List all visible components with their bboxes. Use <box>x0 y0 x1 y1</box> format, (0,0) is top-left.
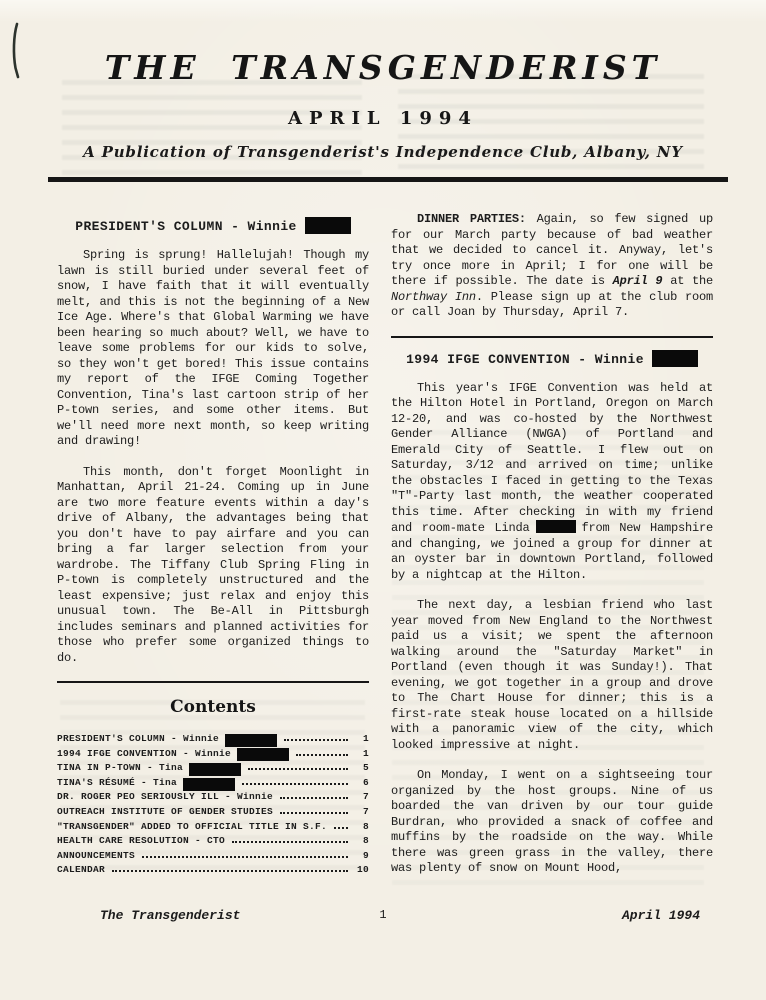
page-footer: The Transgenderist 1 April 1994 <box>0 908 766 928</box>
redaction-box <box>237 748 289 761</box>
toc-item: "TRANSGENDER" ADDED TO OFFICIAL TITLE IN… <box>57 821 369 836</box>
presidents-column-heading: PRESIDENT'S COLUMN - Winnie <box>57 217 369 234</box>
toc-dot-leader <box>280 812 348 814</box>
presidents-column-paragraph-1: Spring is sprung! Hallelujah! Though my … <box>57 248 369 450</box>
toc-item: HEALTH CARE RESOLUTION - CTO8 <box>57 835 369 850</box>
redaction-box <box>183 778 235 791</box>
redaction-box <box>536 520 576 533</box>
left-column: PRESIDENT'S COLUMN - Winnie Spring is sp… <box>57 212 369 892</box>
dinner-parties-venue: Northway Inn <box>391 290 476 304</box>
presidents-column-heading-text: PRESIDENT'S COLUMN - Winnie <box>75 219 296 234</box>
table-of-contents: PRESIDENT'S COLUMN - Winnie11994 IFGE CO… <box>57 733 369 879</box>
two-column-body: PRESIDENT'S COLUMN - Winnie Spring is sp… <box>57 212 713 892</box>
dinner-parties-body-2: at the <box>662 274 713 288</box>
toc-dot-leader <box>284 739 348 741</box>
ifge-paragraph-3: On Monday, I went on a sightseeing tour … <box>391 768 713 877</box>
toc-item-label: 1994 IFGE CONVENTION - Winnie <box>57 748 231 759</box>
dinner-parties-date: April 9 <box>613 274 663 288</box>
toc-dot-leader <box>232 841 348 843</box>
right-column: DINNER PARTIES: Again, so few signed up … <box>391 212 713 892</box>
issue-date: APRIL 1994 <box>0 108 766 129</box>
masthead-divider-rule <box>48 177 728 182</box>
toc-item-label: PRESIDENT'S COLUMN - Winnie <box>57 733 219 744</box>
toc-item-page-number: 10 <box>353 864 369 875</box>
redaction-box <box>305 217 351 234</box>
toc-item-label: OUTREACH INSTITUTE OF GENDER STUDIES <box>57 806 273 817</box>
toc-item-label: "TRANSGENDER" ADDED TO OFFICIAL TITLE IN… <box>57 821 327 832</box>
footer-page-number: 1 <box>379 908 386 922</box>
dinner-parties-lead: DINNER PARTIES: <box>417 212 526 226</box>
contents-divider-rule <box>57 681 369 683</box>
toc-item: 1994 IFGE CONVENTION - Winnie1 <box>57 748 369 763</box>
toc-item-page-number: 1 <box>353 733 369 744</box>
masthead: THE TRANSGENDERIST APRIL 1994 A Publicat… <box>0 48 766 161</box>
toc-item-page-number: 5 <box>353 762 369 773</box>
ifge-paragraph-2: The next day, a lesbian friend who last … <box>391 598 713 753</box>
ifge-paragraph-1: This year's IFGE Convention was held at … <box>391 381 713 584</box>
toc-item-label: CALENDAR <box>57 864 105 875</box>
ifge-convention-heading-text: 1994 IFGE CONVENTION - Winnie <box>406 352 644 367</box>
toc-dot-leader <box>112 870 348 872</box>
toc-dot-leader <box>280 797 348 799</box>
presidents-column-paragraph-2: This month, don't forget Moonlight in Ma… <box>57 465 369 667</box>
toc-item-label: DR. ROGER PEO SERIOUSLY ILL - Winnie <box>57 791 273 802</box>
page-title: THE TRANSGENDERIST <box>0 48 766 87</box>
toc-item-label: ANNOUNCEMENTS <box>57 850 135 861</box>
toc-item-page-number: 1 <box>353 748 369 759</box>
toc-item: TINA IN P-TOWN - Tina5 <box>57 762 369 777</box>
toc-dot-leader <box>248 768 348 770</box>
toc-item: PRESIDENT'S COLUMN - Winnie1 <box>57 733 369 748</box>
redaction-box <box>189 763 241 776</box>
toc-dot-leader <box>296 754 348 756</box>
toc-item-page-number: 8 <box>353 835 369 846</box>
toc-item: TINA'S RÉSUMÉ - Tina6 <box>57 777 369 792</box>
toc-item-page-number: 9 <box>353 850 369 861</box>
toc-dot-leader <box>242 783 348 785</box>
toc-dot-leader <box>334 827 348 829</box>
dinner-parties-paragraph: DINNER PARTIES: Again, so few signed up … <box>391 212 713 321</box>
footer-issue-date: April 1994 <box>622 908 700 923</box>
toc-item-page-number: 7 <box>353 791 369 802</box>
newsletter-page: THE TRANSGENDERIST APRIL 1994 A Publicat… <box>0 0 766 1000</box>
ifge-paragraph-1a: This year's IFGE Convention was held at … <box>391 381 713 536</box>
publication-subtitle: A Publication of Transgenderist's Indepe… <box>0 143 766 161</box>
toc-item-label: HEALTH CARE RESOLUTION - CTO <box>57 835 225 846</box>
toc-item: DR. ROGER PEO SERIOUSLY ILL - Winnie7 <box>57 791 369 806</box>
redaction-box <box>652 350 698 367</box>
toc-item-page-number: 8 <box>353 821 369 832</box>
toc-item: CALENDAR10 <box>57 864 369 879</box>
ifge-convention-heading: 1994 IFGE CONVENTION - Winnie <box>391 350 713 367</box>
toc-item: OUTREACH INSTITUTE OF GENDER STUDIES7 <box>57 806 369 821</box>
toc-item-page-number: 7 <box>353 806 369 817</box>
toc-item: ANNOUNCEMENTS9 <box>57 850 369 865</box>
toc-dot-leader <box>142 856 348 858</box>
toc-item-label: TINA IN P-TOWN - Tina <box>57 762 183 773</box>
contents-heading: Contents <box>57 697 369 717</box>
toc-item-label: TINA'S RÉSUMÉ - Tina <box>57 777 177 788</box>
ifge-section-divider-rule <box>391 336 713 338</box>
toc-item-page-number: 6 <box>353 777 369 788</box>
footer-newsletter-name: The Transgenderist <box>100 908 240 923</box>
redaction-box <box>225 734 277 747</box>
